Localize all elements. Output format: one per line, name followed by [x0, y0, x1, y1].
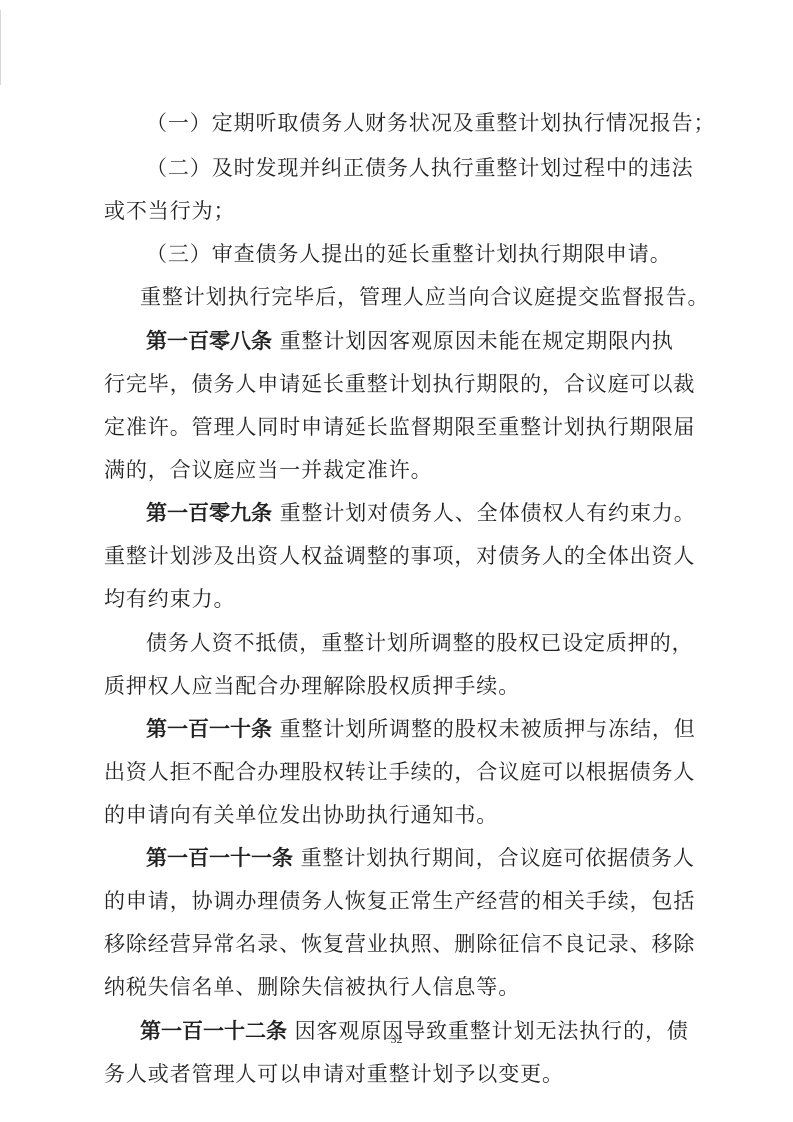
- article-108-line-3: 定准许。管理人同时申请延长监督期限至重整计划执行期限届: [104, 413, 695, 441]
- line-text: 的申请向有关单位发出协助执行通知书。: [104, 803, 498, 827]
- article-heading: 第一百一十条: [146, 717, 272, 741]
- article-111: 第一百一十一条 重整计划执行期间，合议庭可依据债务人: [146, 844, 695, 872]
- paragraph-supervision-report: 重整计划执行完毕后，管理人应当向合议庭提交监督报告。: [140, 283, 709, 311]
- article-heading: 第一百零八条: [146, 329, 272, 353]
- line-text: 或不当行为；: [104, 199, 235, 223]
- line-text: 重整计划因客观原因未能在规定期限内执: [280, 329, 674, 353]
- line-text: （二）及时发现并纠正债务人执行重整计划过程中的违法: [146, 156, 694, 180]
- article-112-line-2: 务人或者管理人可以申请对重整计划予以变更。: [104, 1060, 564, 1088]
- article-108-line-4: 满的，合议庭应当一并裁定准许。: [104, 456, 433, 484]
- line-text: 质押权人应当配合办理解除股权质押手续。: [104, 674, 520, 698]
- line-text: 出资人拒不配合办理股权转让手续的，合议庭可以根据债务人: [104, 760, 695, 784]
- line-text: 重整计划涉及出资人权益调整的事项，对债务人的全体出资人: [104, 544, 695, 568]
- article-111-line-2: 的申请，协调办理债务人恢复正常生产经营的相关手续，包括: [104, 887, 695, 915]
- article-108: 第一百零八条 重整计划因客观原因未能在规定期限内执: [146, 327, 674, 355]
- article-110: 第一百一十条 重整计划所调整的股权未被质押与冻结，但: [146, 715, 696, 743]
- line-text: （三）审查债务人提出的延长重整计划执行期限申请。: [146, 242, 672, 266]
- line-text: 行完毕，债务人申请延长重整计划执行期限的，合议庭可以裁: [104, 372, 695, 396]
- article-109-line-2: 重整计划涉及出资人权益调整的事项，对债务人的全体出资人: [104, 542, 695, 570]
- page-number: 32: [0, 1032, 793, 1047]
- line-text: 务人或者管理人可以申请对重整计划予以变更。: [104, 1062, 564, 1086]
- article-109: 第一百零九条 重整计划对债务人、全体债权人有约束力。: [146, 499, 696, 527]
- article-108-line-2: 行完毕，债务人申请延长重整计划执行期限的，合议庭可以裁: [104, 370, 695, 398]
- line-text: 均有约束力。: [104, 587, 235, 611]
- clause-item-1: （一）定期听取债务人财务状况及重整计划执行情况报告；: [146, 109, 715, 137]
- paragraph-pledge: 债务人资不抵债，重整计划所调整的股权已设定质押的，: [146, 629, 694, 657]
- scan-edge: [0, 10, 1, 85]
- line-text: 纳税失信名单、删除失信被执行人信息等。: [104, 975, 520, 999]
- line-text: 满的，合议庭应当一并裁定准许。: [104, 458, 433, 482]
- paragraph-pledge-line-2: 质押权人应当配合办理解除股权质押手续。: [104, 672, 520, 700]
- line-text: 重整计划执行期间，合议庭可依据债务人: [301, 846, 695, 870]
- line-text: 债务人资不抵债，重整计划所调整的股权已设定质押的，: [146, 631, 694, 655]
- article-heading: 第一百一十一条: [146, 846, 293, 870]
- line-text: 重整计划所调整的股权未被质押与冻结，但: [280, 717, 696, 741]
- line-text: 重整计划执行完毕后，管理人应当向合议庭提交监督报告。: [140, 285, 709, 309]
- article-110-line-3: 的申请向有关单位发出协助执行通知书。: [104, 801, 498, 829]
- article-heading: 第一百零九条: [146, 501, 272, 525]
- clause-item-2: （二）及时发现并纠正债务人执行重整计划过程中的违法: [146, 154, 694, 182]
- line-text: 重整计划对债务人、全体债权人有约束力。: [280, 501, 696, 525]
- line-text: （一）定期听取债务人财务状况及重整计划执行情况报告；: [146, 111, 715, 135]
- article-111-line-3: 移除经营异常名录、恢复营业执照、删除征信不良记录、移除: [104, 930, 695, 958]
- line-text: 的申请，协调办理债务人恢复正常生产经营的相关手续，包括: [104, 889, 695, 913]
- article-111-line-4: 纳税失信名单、删除失信被执行人信息等。: [104, 973, 520, 1001]
- clause-item-2-cont: 或不当行为；: [104, 197, 235, 225]
- line-text: 移除经营异常名录、恢复营业执照、删除征信不良记录、移除: [104, 932, 695, 956]
- article-110-line-2: 出资人拒不配合办理股权转让手续的，合议庭可以根据债务人: [104, 758, 695, 786]
- line-text: 定准许。管理人同时申请延长监督期限至重整计划执行期限届: [104, 415, 695, 439]
- clause-item-3: （三）审查债务人提出的延长重整计划执行期限申请。: [146, 240, 672, 268]
- article-109-line-3: 均有约束力。: [104, 585, 235, 613]
